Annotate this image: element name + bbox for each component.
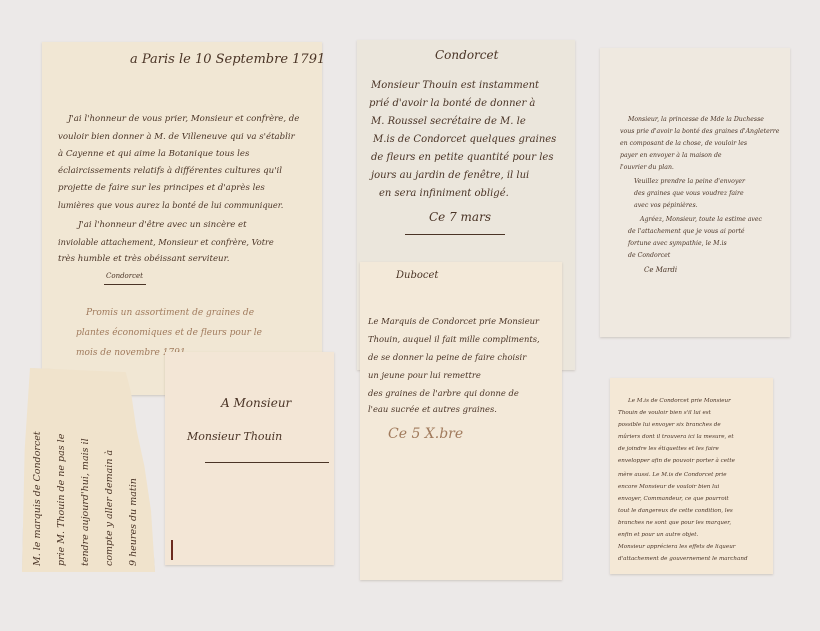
note-line: de fleurs en petite quantité pour les bbox=[371, 152, 553, 163]
letter-line: vouloir bien donner à M. de Villeneuve q… bbox=[58, 132, 295, 142]
note-line: l'eau sucrée et autres graines. bbox=[368, 404, 497, 414]
letter-line: inviolable attachement, Monsieur et conf… bbox=[58, 237, 274, 247]
letter-line: Agréez, Monsieur, toute la estime avec bbox=[640, 216, 762, 223]
signature-underline bbox=[104, 284, 146, 285]
letter-line: possible lui envoyer six branches de bbox=[618, 422, 721, 428]
note-line: Thouin, auquel il fait mille compliments… bbox=[368, 334, 540, 344]
note-line: prie M. Thouin de ne pas le bbox=[56, 434, 67, 566]
letter-line: envoyer, Commandeur, ce que pourroit bbox=[618, 496, 729, 502]
letter-line: avec vos pépinières. bbox=[634, 202, 698, 209]
letter-line: tout le dangereux de cette condition, le… bbox=[618, 508, 733, 514]
note-line: un jeune pour lui remettre bbox=[368, 370, 481, 380]
note-line: des graines de l'arbre qui donne de bbox=[368, 388, 519, 398]
note-line: M. le marquis de Condorcet bbox=[32, 431, 43, 566]
letter-line: Thouin de vouloir bien s'il lui est bbox=[618, 410, 711, 416]
letter-line: à Cayenne et qui aime la Botanique tous … bbox=[58, 149, 249, 159]
letter-line: envelopper afin de pouvoir porter à cett… bbox=[618, 458, 735, 464]
letter-line: très humble et très obéissant serviteur. bbox=[58, 254, 229, 264]
letter-paris-1791: a Paris le 10 Septembre 1791 J'ai l'honn… bbox=[42, 42, 322, 395]
letter-line: mère aussi. Le M.is de Condorcet prie bbox=[618, 472, 727, 478]
note-line: M. Roussel secrétaire de M. le bbox=[371, 116, 526, 127]
note-line: compte y aller demain à bbox=[104, 450, 115, 566]
address-underline bbox=[205, 462, 329, 463]
letter-line: de l'attachement que je vous ai porté bbox=[628, 228, 745, 235]
letter-line: branches ne sont que pour les marquer, bbox=[618, 520, 731, 526]
letter-line: Monsieur appréciera les effets de liqueu… bbox=[618, 544, 735, 550]
letter-line: d'attachement de gouvernement le marchan… bbox=[618, 556, 748, 562]
letter-line: l'ouvrier du plan. bbox=[620, 164, 674, 171]
note-line: 9 heures du matin bbox=[128, 478, 139, 566]
envelope-thouin: A Monsieur Monsieur Thouin bbox=[165, 352, 334, 565]
note-line: Promis un assortiment de graines de bbox=[86, 308, 254, 318]
letter-line: enfin et pour un autre objet. bbox=[618, 532, 698, 538]
letter-date: Ce Mardi bbox=[644, 266, 677, 274]
letter-line: vous prie d'avoir la bonté des graines d… bbox=[620, 128, 779, 135]
letter-line: éclaircissements relatifs à différentes … bbox=[58, 166, 282, 176]
letter-line: de joindre les étiquettes et les faire bbox=[618, 446, 719, 452]
letter-line: en composant de la chose, de vouloir les bbox=[620, 140, 747, 147]
address-line: A Monsieur bbox=[221, 396, 291, 410]
note-line: tendre aujourd'hui, mais il bbox=[80, 438, 91, 566]
letter-line: fortune avec sympathie, le M.is bbox=[628, 240, 727, 247]
torn-note: M. le marquis de Condorcet prie M. Thoui… bbox=[22, 368, 155, 572]
note-line: en sera infiniment obligé. bbox=[379, 188, 509, 199]
letter-line: J'ai l'honneur d'être avec un sincère et bbox=[78, 220, 247, 230]
address-line: Monsieur Thouin bbox=[187, 430, 282, 443]
letter-line: encore Monsieur de vouloir bien lui bbox=[618, 484, 719, 490]
note-line: jours au jardin de fenêtre, il lui bbox=[371, 170, 529, 181]
ink-mark bbox=[171, 540, 173, 560]
letter-line: Veuillez prendre la peine d'envoyer bbox=[634, 178, 745, 185]
note-header: Condorcet bbox=[435, 48, 498, 62]
note-line: Monsieur Thouin est instamment bbox=[371, 80, 539, 91]
letter-line: Le M.is de Condorcet prie Monsieur bbox=[628, 398, 731, 404]
letter-line: de Condorcet bbox=[628, 252, 670, 259]
note-line: M.is de Condorcet quelques graines bbox=[373, 134, 556, 145]
letter-line: des graines que vous voudrez faire bbox=[634, 190, 744, 197]
note-underline bbox=[405, 234, 505, 235]
letter-line: payer en envoyer à la maison de bbox=[620, 152, 722, 159]
note-header: Dubocet bbox=[396, 270, 438, 281]
letter-line: mûriers dont il trouvera ici la mesure, … bbox=[618, 434, 734, 440]
note-date: Ce 7 mars bbox=[429, 210, 491, 224]
letter-line: projette de faire sur les principes et d… bbox=[58, 183, 265, 193]
letter-line: Monsieur, la princesse de Mde la Duchess… bbox=[628, 116, 764, 123]
letter-right-bottom: Le M.is de Condorcet prie Monsieur Thoui… bbox=[610, 378, 773, 574]
note-line: plantes économiques et de fleurs pour le bbox=[76, 328, 262, 338]
letter-line: lumières que vous aurez la bonté de lui … bbox=[58, 200, 283, 210]
note-date: Ce 5 X.bre bbox=[388, 426, 463, 442]
note-line: de se donner la peine de faire choisir bbox=[368, 352, 526, 362]
rotated-text-block: M. le marquis de Condorcet prie M. Thoui… bbox=[22, 368, 155, 572]
note-line: prié d'avoir la bonté de donner à bbox=[369, 98, 535, 109]
signature: Condorcet bbox=[106, 272, 143, 280]
letter-header: a Paris le 10 Septembre 1791 bbox=[130, 52, 325, 67]
note-dubocet: Dubocet Le Marquis de Condorcet prie Mon… bbox=[360, 262, 562, 580]
letter-right-top: Monsieur, la princesse de Mde la Duchess… bbox=[600, 48, 790, 337]
letter-line: J'ai l'honneur de vous prier, Monsieur e… bbox=[68, 114, 299, 124]
note-line: Le Marquis de Condorcet prie Monsieur bbox=[368, 316, 539, 326]
